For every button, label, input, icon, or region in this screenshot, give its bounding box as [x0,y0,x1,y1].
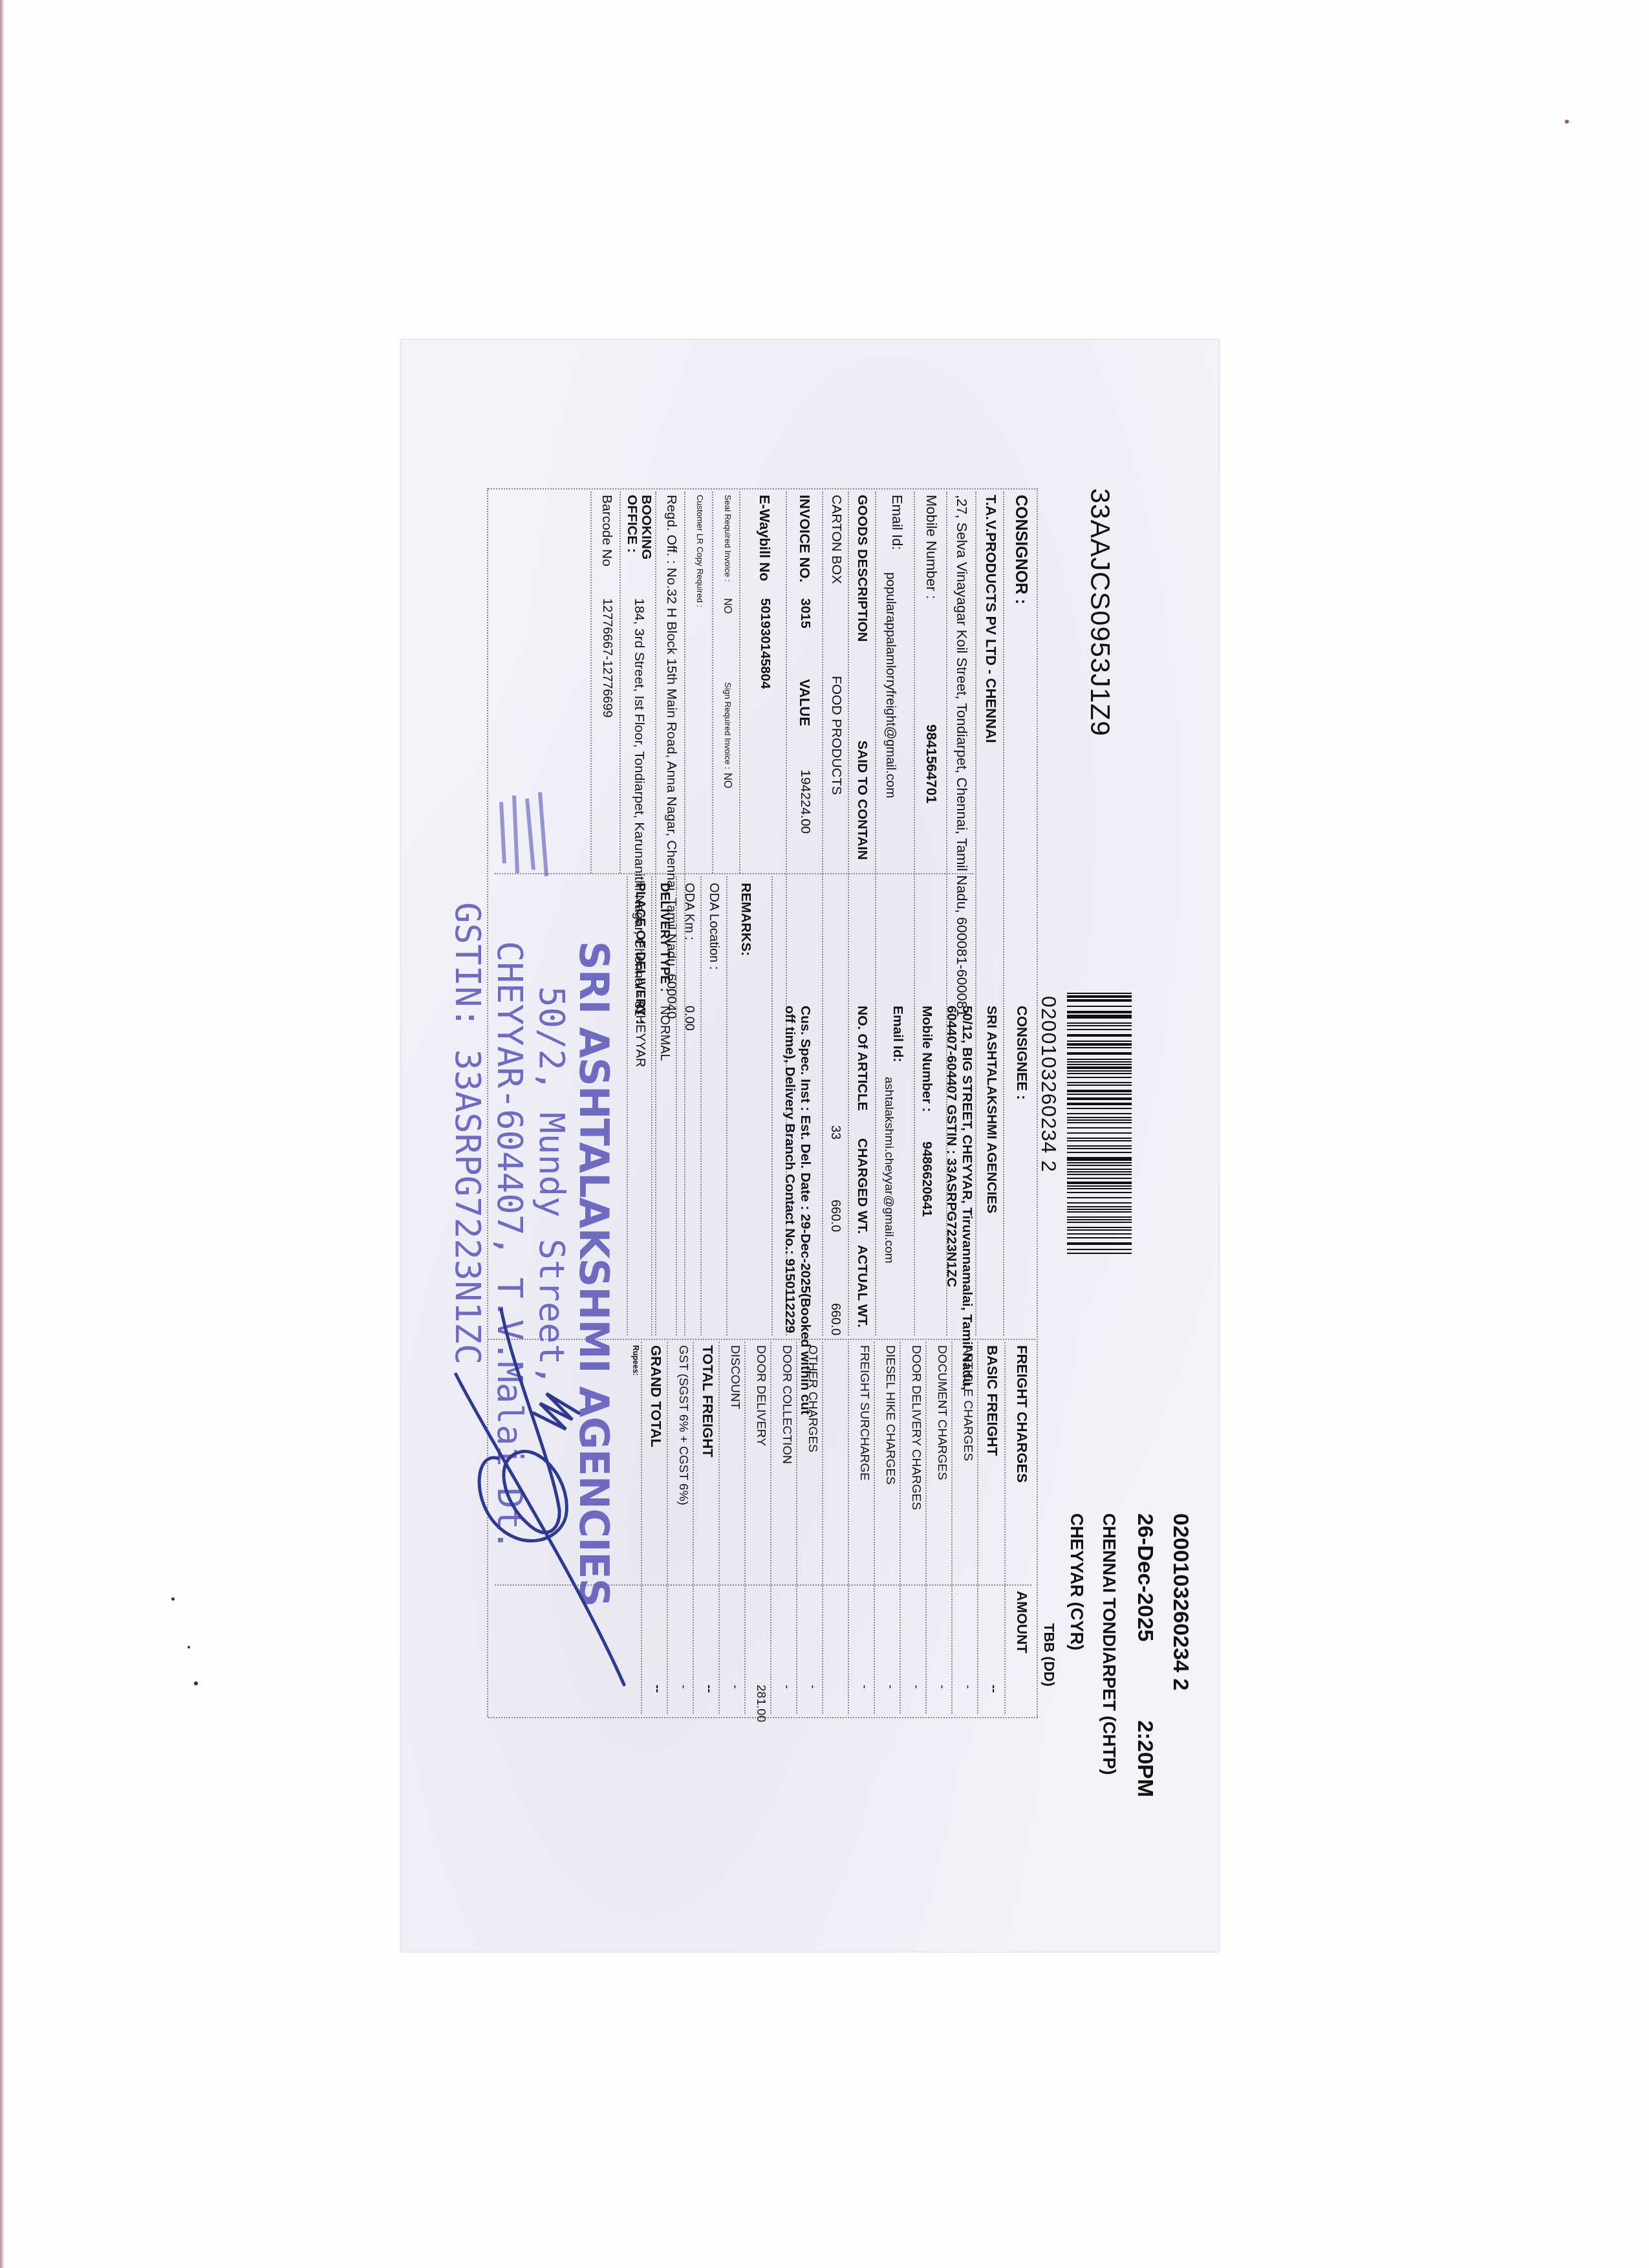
consignor-mobile: 9841564701 [923,724,940,803]
articles-count: 33 [828,1125,843,1139]
rule [495,873,973,874]
payment-type: TBB (DD) [1040,1623,1057,1687]
barcode-bar [1067,1077,1132,1078]
barcode-bar [1067,1041,1132,1042]
consignee-address-line2: 604407-604407 GSTIN : 33ASRPG7223N1ZC [943,1006,959,1390]
barcode-bar [1067,1222,1132,1223]
barcode-bar [1067,1091,1132,1092]
charge-amount: - [909,1685,923,1689]
barcode-bar [1067,1160,1132,1161]
sign-required-label: Sign Required Invoice : [723,682,733,769]
scan-speck [194,1681,198,1685]
barcode-bar [1067,1132,1132,1134]
rule [977,1342,978,1714]
destination-branch: CHEYYAR (CYR) [1066,1513,1086,1650]
barcode-bar [1067,1227,1132,1228]
barcode-bar [1067,1253,1132,1254]
consignee-address-line1: 50/12, BIG STREET, CHEYYAR, Tiruvannamal… [959,1006,975,1390]
barcode-bar [1067,1119,1132,1121]
barcode-bar [1067,1073,1132,1074]
invoice-value: 194224.00 [797,770,813,834]
sign-required-value: NO [721,773,733,788]
barcode-bar [1067,1122,1132,1123]
origin-branch: CHENNAI TONDIARPET (CHTP) [1099,1513,1119,1775]
charge-amount: - [857,1685,871,1689]
charge-label: DOOR DELIVERY [753,1345,768,1446]
barcode-bar [1067,1229,1132,1231]
ewaybill-label: E-Waybill No [756,495,773,581]
value-label: VALUE [796,679,813,726]
invoice-no-label: INVOICE NO. [796,495,813,583]
barcode-bar [1067,1211,1132,1213]
charge-amount: 281.00 [753,1685,768,1722]
rule [900,1342,901,1714]
charge-amount: - [960,1685,975,1689]
charge-amount: - [727,1685,742,1689]
booking-time: 2:20PM [1132,1720,1158,1797]
barcode-bar [1067,1202,1132,1204]
barcode-bar [1067,1035,1132,1037]
signature [404,1297,650,1698]
barcode-bar [1067,1099,1132,1100]
lr-number: 0200103260234 2 [1168,1513,1193,1690]
charge-amount: - [805,1685,819,1689]
scan-speck [188,1646,190,1648]
goods-contents: FOOD PRODUCTS [828,676,844,795]
goods-description-label: GOODS DESCRIPTION [854,495,870,642]
oda-km-value: 0.00 [682,1006,696,1031]
delivery-type-label: DELIVERY TYPE : [657,883,672,992]
barcode-bar [1067,1192,1132,1193]
booking-label-line2: OFFICE : [625,495,639,559]
barcode-bar [1067,1188,1132,1189]
barcode-bar [1067,1152,1132,1153]
lr-barcode [1067,993,1132,1264]
charge-amount: - [883,1685,897,1689]
consignor-email-label: Email Id: [889,495,905,550]
charge-label: TOTAL FREIGHT [699,1345,716,1458]
barcode-bar [1067,1145,1132,1147]
consignor-address: ,27, Selva Vinayagar Koil Street, Tondia… [953,495,970,1017]
barcode-bar [1067,1044,1132,1046]
barcode-bar [1067,1082,1132,1083]
rule [796,1342,797,1714]
consignee-mobile-label: Mobile Number : [919,1006,934,1112]
rule [951,1342,953,1714]
barcode-bar [1067,1029,1132,1030]
barcode-bar [1067,1000,1132,1002]
barcode-bar [1067,1047,1132,1048]
barcode-bar [1067,1022,1132,1024]
barcode-bar [1067,1068,1132,1069]
barcode-bar [1067,1174,1132,1175]
charge-amount: -- [986,1685,1000,1693]
charge-amount: - [779,1685,793,1689]
consignor-email: popularappalamlorryfreight@gmail.com [883,572,898,798]
rule [693,1342,694,1714]
barcode-bar [1067,1113,1132,1114]
customer-lr-copy-label: Customer LR Copy Required : [695,495,705,607]
consignor-heading: CONSIGNOR : [1011,495,1030,604]
barcode-number: 0200103260234 2 [1037,996,1061,1172]
barcode-bar [1067,1165,1132,1166]
charged-wt-label: CHARGED WT. [854,1138,870,1234]
barcode-bar [1067,1178,1132,1179]
charged-weight: 660.0 [828,1200,843,1232]
barcode-bar [1067,1012,1132,1013]
barcode-bar [1067,1117,1132,1118]
seal-required-label: Seal Required Invoice : [723,495,733,581]
barcode-no-label: Barcode No [599,495,614,567]
barcode-bar [1067,1206,1132,1207]
charge-label: BASIC FREIGHT [984,1345,1000,1456]
charge-amount: -- [650,1685,664,1693]
consignment-note: 33AAJCS0953J1Z9 0200103260234 2 02001032… [401,340,1219,1952]
barcode-bar [1067,1140,1132,1141]
rule [822,1342,823,1714]
charge-label: DISCOUNT [727,1345,742,1409]
scan-speck [1565,120,1569,124]
barcode-bar [1067,1185,1132,1187]
barcode-bar [1067,1148,1132,1149]
booking-office-label: BOOKING OFFICE : [625,495,653,559]
rule [744,1342,746,1714]
charge-amount: - [676,1685,690,1689]
delivery-type-value: NORMAL [657,1006,672,1061]
barcode-bar [1067,1244,1132,1245]
rule [874,1342,875,1714]
barcode-bar [1067,1237,1132,1238]
booking-date: 26-Dec-2025 [1132,1513,1158,1641]
barcode-bar [1067,1006,1132,1007]
barcode-bar [1067,1169,1132,1170]
rule [667,1342,668,1714]
barcode-bar [1067,1171,1132,1172]
barcode-bar [1067,1025,1132,1026]
ewaybill-no: 501930145804 [757,598,773,689]
barcode-bar [1067,1070,1132,1072]
packing-type: CARTON BOX [828,495,844,584]
consignee-email-label: Email Id: [890,1006,905,1063]
charge-label: DOOR COLLECTION [779,1345,793,1464]
oda-km-label: ODA Km : [682,883,696,940]
consignee-email: ashtalakshmi.cheyyar@gmail.com [881,1077,896,1264]
charge-label: DOCUMENT CHARGES [934,1345,949,1480]
place-of-delivery-label: PLACE OF DELIVERY : [632,883,647,1024]
rule [848,1342,849,1714]
articles-label: NO. Of ARTICLE [854,1006,870,1111]
freight-charges-header: FREIGHT CHARGES [1013,1345,1030,1483]
rule [770,1342,771,1714]
barcode-bar [1067,1233,1132,1235]
charge-label: GST (SGST 6% + CGST 6%) [676,1345,690,1506]
scanner-edge [0,0,4,2268]
charge-amount: - [934,1685,949,1689]
booking-label-line1: BOOKING [639,495,653,559]
barcode-bar [1067,1104,1132,1105]
seal-required-value: NO [721,598,733,614]
consignee-address: 50/12, BIG STREET, CHEYYAR, Tiruvannamal… [943,1006,975,1390]
amount-header: AMOUNT [1013,1591,1030,1654]
consignor-gstin: 33AAJCS0953J1Z9 [1084,488,1115,737]
consignee-heading: CONSIGNEE : [1013,1006,1030,1099]
barcode-bar [1067,1138,1132,1139]
charge-label: ARTICLE CHARGES [960,1345,975,1461]
charge-label: OTHER CHARGES [805,1345,819,1453]
barcode-bar [1067,1064,1132,1065]
charge-label: FREIGHT SURCHARGE [857,1345,871,1481]
barcode-bar [1067,1017,1132,1019]
consignee-mobile: 9486620641 [919,1141,934,1217]
rule [718,1342,720,1714]
barcode-bar [1067,1162,1132,1163]
consignor-mobile-label: Mobile Number : [923,495,940,599]
barcode-bar [1067,1061,1132,1063]
charge-label: DOOR DELIVERY CHARGES [909,1345,923,1510]
barcode-bar [1067,1053,1132,1055]
place-of-delivery-value: CHEYYAR [632,1006,647,1067]
barcode-bar [1067,1059,1132,1060]
barcode-bar [1067,1085,1132,1086]
actual-wt-label: ACTUAL WT. [854,1245,870,1328]
remarks-label: REMARKS: [738,883,753,956]
barcode-bar [1067,993,1132,994]
oda-location-label: ODA Location : [706,883,721,970]
barcode-bar [1067,1216,1132,1218]
charge-amount: -- [702,1685,716,1693]
barcode-bar [1067,1249,1132,1250]
barcode-bar [1067,1209,1132,1210]
consignor-name: T.A.V.PRODUCTS PV LTD - CHENNAI [982,495,999,743]
stamp-gstin: GSTIN: 33ASRPG7223N1ZC [447,902,488,1365]
scan-speck [171,1597,175,1601]
barcode-bar [1067,1219,1132,1220]
barcode-range: 12776667-12776699 [599,598,614,718]
barcode-bar [1067,1183,1132,1184]
rule [925,1342,927,1714]
barcode-bar [1067,997,1132,998]
charge-label: DIESEL HIKE CHARGES [883,1345,897,1485]
invoice-no: 3015 [797,598,813,629]
rule [488,488,1038,490]
actual-weight: 660.0 [828,1303,843,1335]
barcode-bar [1067,1127,1132,1129]
barcode-bar [1067,1108,1132,1109]
stamp-smudge [495,786,553,883]
said-to-contain-label: SAID TO CONTAIN [854,740,870,860]
consignee-name: SRI ASHTALAKSHMI AGENCIES [984,1006,999,1213]
barcode-bar [1067,1197,1132,1198]
rule [1037,488,1038,1717]
barcode-bar [1067,1094,1132,1095]
